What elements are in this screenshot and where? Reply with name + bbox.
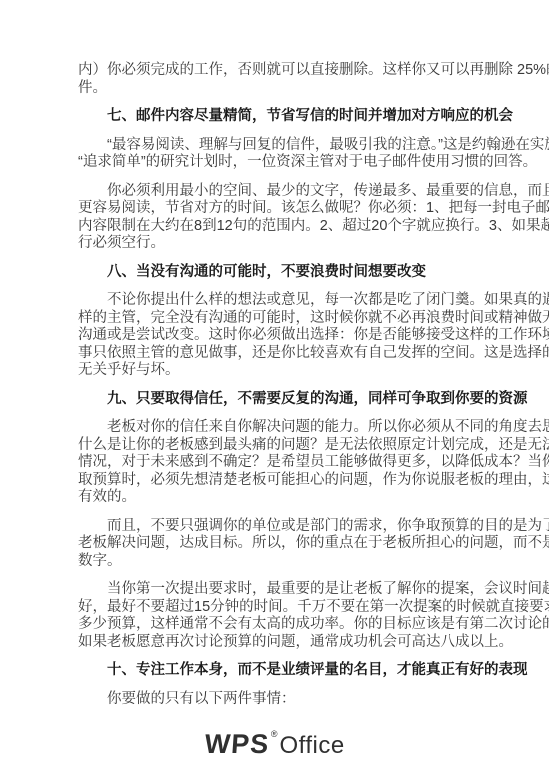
paragraph: 老板对你的信任来自你解决问题的能力。所以你必须从不同的角度去思考：什么是让你的老… (78, 419, 474, 507)
text-line: 当你第一次提出要求时，最重要的是让老板了解你的提案，会议时间越短越 (78, 581, 474, 599)
text-line: 而且，不要只强调你的单位或是部门的需求，你争取预算的目的是为了帮助 (78, 518, 474, 536)
section-heading: 七、邮件内容尽量精简，节省写信的时间并增加对方响应的机会 (78, 108, 474, 126)
text-line: 如果老板愿意再次讨论预算的问题，通常成功机会可高达八成以上。 (78, 634, 474, 652)
text-line: 八、当没有沟通的可能时，不要浪费时间想要改变 (78, 264, 474, 282)
text-line: 有效的。 (78, 489, 474, 507)
text-line: 事只依照主管的意见做事，还是你比较喜欢有自己发挥的空间。这是选择的问题， (78, 345, 474, 363)
section-heading: 九、只要取得信任，不需要反复的沟通，同样可争取到你要的资源 (78, 391, 474, 409)
text-line: 好，最好不要超过15分钟的时间。千万不要在第一次提案的时候就直接要求需要 (78, 599, 474, 617)
text-line: “最容易阅读、理解与回复的信件，最吸引我的注意。”这是约翰逊在实施 (78, 137, 474, 155)
text-line: 老板解决问题，达成目标。所以，你的重点在于老板所担心的问题，而不是预算 (78, 535, 474, 553)
text-line: 你必须利用最小的空间、最少的文字，传递最多、最重要的信息，而且必须 (78, 183, 474, 201)
text-line: 你要做的只有以下两件事情： (78, 691, 474, 709)
paragraph: 你要做的只有以下两件事情： (78, 691, 474, 709)
section-heading: 十、专注工作本身，而不是业绩评量的名目，才能真正有好的表现 (78, 662, 474, 680)
text-line: 沟通或是尝试改变。这时你必须做出选择：你是否能够接受这样的工作环境，凡 (78, 327, 474, 345)
text-line: 不论你提出什么样的想法或意见，每一次都是吃了闭门羹。如果真的遇到这 (78, 292, 474, 310)
office-logo-text: Office (279, 732, 344, 760)
text-line: 件。 (78, 80, 474, 98)
paragraph: 内）你必须完成的工作，否则就可以直接删除。这样你又可以再删除 25%的信件。 (78, 62, 474, 97)
text-line: 数字。 (78, 553, 474, 571)
text-line: 内容限制在大约在8到12句的范围内。2、超过20个字就应换行。3、如果超过3 (78, 218, 474, 236)
section-heading: 八、当没有沟通的可能时，不要浪费时间想要改变 (78, 264, 474, 282)
text-line: 更容易阅读，节省对方的时间。该怎么做呢？你必须：1、把每一封电子邮件的 (78, 200, 474, 218)
text-line: 十、专注工作本身，而不是业绩评量的名目，才能真正有好的表现 (78, 662, 474, 680)
text-line: 取预算时，必须先想清楚老板可能担心的问题，作为你说服老板的理由，这是最 (78, 472, 474, 490)
text-line: 内）你必须完成的工作，否则就可以直接删除。这样你又可以再删除 25%的信 (78, 62, 474, 80)
paragraph: 不论你提出什么样的想法或意见，每一次都是吃了闭门羹。如果真的遇到这样的主管，完全… (78, 292, 474, 380)
text-line: 九、只要取得信任，不需要反复的沟通，同样可争取到你要的资源 (78, 391, 474, 409)
wps-office-logo: WPS ® Office (204, 730, 344, 760)
document-content: 内）你必须完成的工作，否则就可以直接删除。这样你又可以再删除 25%的信件。 七… (78, 62, 474, 719)
paragraph: 而且，不要只强调你的单位或是部门的需求，你争取预算的目的是为了帮助老板解决问题，… (78, 518, 474, 571)
text-line: 无关乎好与坏。 (78, 362, 474, 380)
paragraph: “最容易阅读、理解与回复的信件，最吸引我的注意。”这是约翰逊在实施“追求简单”的… (78, 137, 474, 172)
paragraph: 你必须利用最小的空间、最少的文字，传递最多、最重要的信息，而且必须更容易阅读，节… (78, 183, 474, 253)
text-line: “追求简单”的研究计划时，一位资深主管对于电子邮件使用习惯的回答。 (78, 154, 474, 172)
text-line: 行必须空行。 (78, 235, 474, 253)
text-line: 多少预算，这样通常不会有太高的成功率。你的目标应该是有第二次讨论的机会。 (78, 616, 474, 634)
paragraph: 当你第一次提出要求时，最重要的是让老板了解你的提案，会议时间越短越好，最好不要超… (78, 581, 474, 651)
registered-trademark-icon: ® (271, 730, 278, 739)
text-line: 什么是让你的老板感到最头痛的问题？是无法依照原定计划完成，还是无法掌控 (78, 437, 474, 455)
text-line: 情况，对于未来感到不确定？是希望员工能够做得更多，以降低成本？当你在争 (78, 454, 474, 472)
text-line: 老板对你的信任来自你解决问题的能力。所以你必须从不同的角度去思考： (78, 419, 474, 437)
text-line: 样的主管，完全没有沟通的可能时，这时候你就不必再浪费时间或精神做无谓的 (78, 310, 474, 328)
text-line: 七、邮件内容尽量精简，节省写信的时间并增加对方响应的机会 (78, 108, 474, 126)
wps-logo-text: WPS (203, 730, 269, 758)
